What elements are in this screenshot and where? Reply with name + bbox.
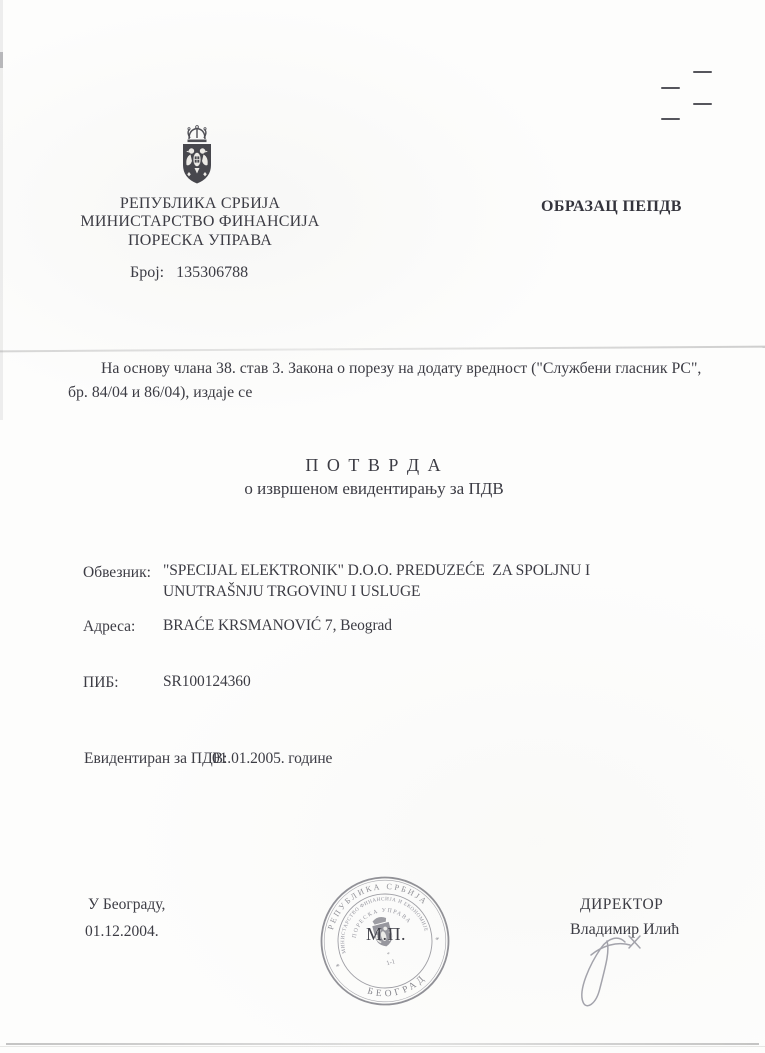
scanned-document-page: РЕПУБЛИКА СРБИЈА МИНИСТАРСТВО ФИНАНСИЈА … xyxy=(0,0,765,1053)
fold-mark-1 xyxy=(693,71,712,73)
document-number-row: Број: 135306788 xyxy=(130,264,248,282)
stamp-right-star: * xyxy=(434,935,440,945)
director-title: ДИРЕКТОР xyxy=(580,896,663,914)
vat-registered-value: 01.01.2005. године xyxy=(212,750,332,768)
stamp-center-number: 1-1 xyxy=(386,958,396,967)
taxpayer-value-line-1: "SPECIJAL ELEKTRONIK" D.O.O. PREDUZEĆE Z… xyxy=(163,562,590,580)
letterhead-country: РЕПУБЛИКА СРБИЈА xyxy=(75,195,325,213)
address-label: Адреса: xyxy=(83,618,135,636)
taxpayer-label: Обвезник: xyxy=(83,564,151,582)
scan-bottom-line xyxy=(6,1043,759,1045)
certificate-subtitle: о извршеном евидентирању за ПДВ xyxy=(60,479,688,499)
letterhead-block: РЕПУБЛИКА СРБИЈА МИНИСТАРСТВО ФИНАНСИЈА … xyxy=(75,195,325,250)
issue-place: У Београду, xyxy=(88,896,165,914)
legal-basis-paragraph: На основу члана 38. став 3. Закона о пор… xyxy=(68,357,716,404)
legal-basis-line-1: На основу члана 38. став 3. Закона о пор… xyxy=(68,357,716,381)
serbia-coat-of-arms-icon xyxy=(177,125,217,191)
issue-date: 01.12.2004. xyxy=(85,923,159,941)
letterhead-tax-administration: ПОРЕСКА УПРАВА xyxy=(75,232,325,250)
vat-registered-label: Евидентиран за ПДВ: xyxy=(84,750,227,768)
stamp-center-star: * xyxy=(387,952,391,959)
fold-mark-3 xyxy=(693,103,712,105)
address-value: BRAĆE KRSMANOVIĆ 7, Beograd xyxy=(163,617,392,635)
form-code-label: ОБРАЗАЦ ПЕПДВ xyxy=(541,198,682,216)
document-number-value: 135306788 xyxy=(176,264,248,282)
document-number-label: Број: xyxy=(130,264,164,282)
scan-edge-speck xyxy=(0,52,3,68)
pib-label: ПИБ: xyxy=(83,674,119,692)
seal-place-mark: М.П. xyxy=(366,924,406,945)
fold-mark-4 xyxy=(661,118,680,120)
scan-bottom-line-2 xyxy=(0,1046,765,1047)
legal-basis-line-2: бр. 84/04 и 86/04), издаје се xyxy=(68,381,716,405)
taxpayer-value-line-2: UNUTRAŠNJU TRGOVINU I USLUGE xyxy=(163,583,420,601)
certificate-title: П О Т В Р Д А xyxy=(60,455,688,476)
letterhead-ministry: МИНИСТАРСТВО ФИНАНСИЈА xyxy=(75,213,325,231)
fold-mark-2 xyxy=(661,87,680,89)
pib-value: SR100124360 xyxy=(163,673,251,691)
stamp-left-star: * xyxy=(335,962,341,972)
director-signature xyxy=(573,928,651,1016)
fold-crease-line xyxy=(0,346,765,352)
